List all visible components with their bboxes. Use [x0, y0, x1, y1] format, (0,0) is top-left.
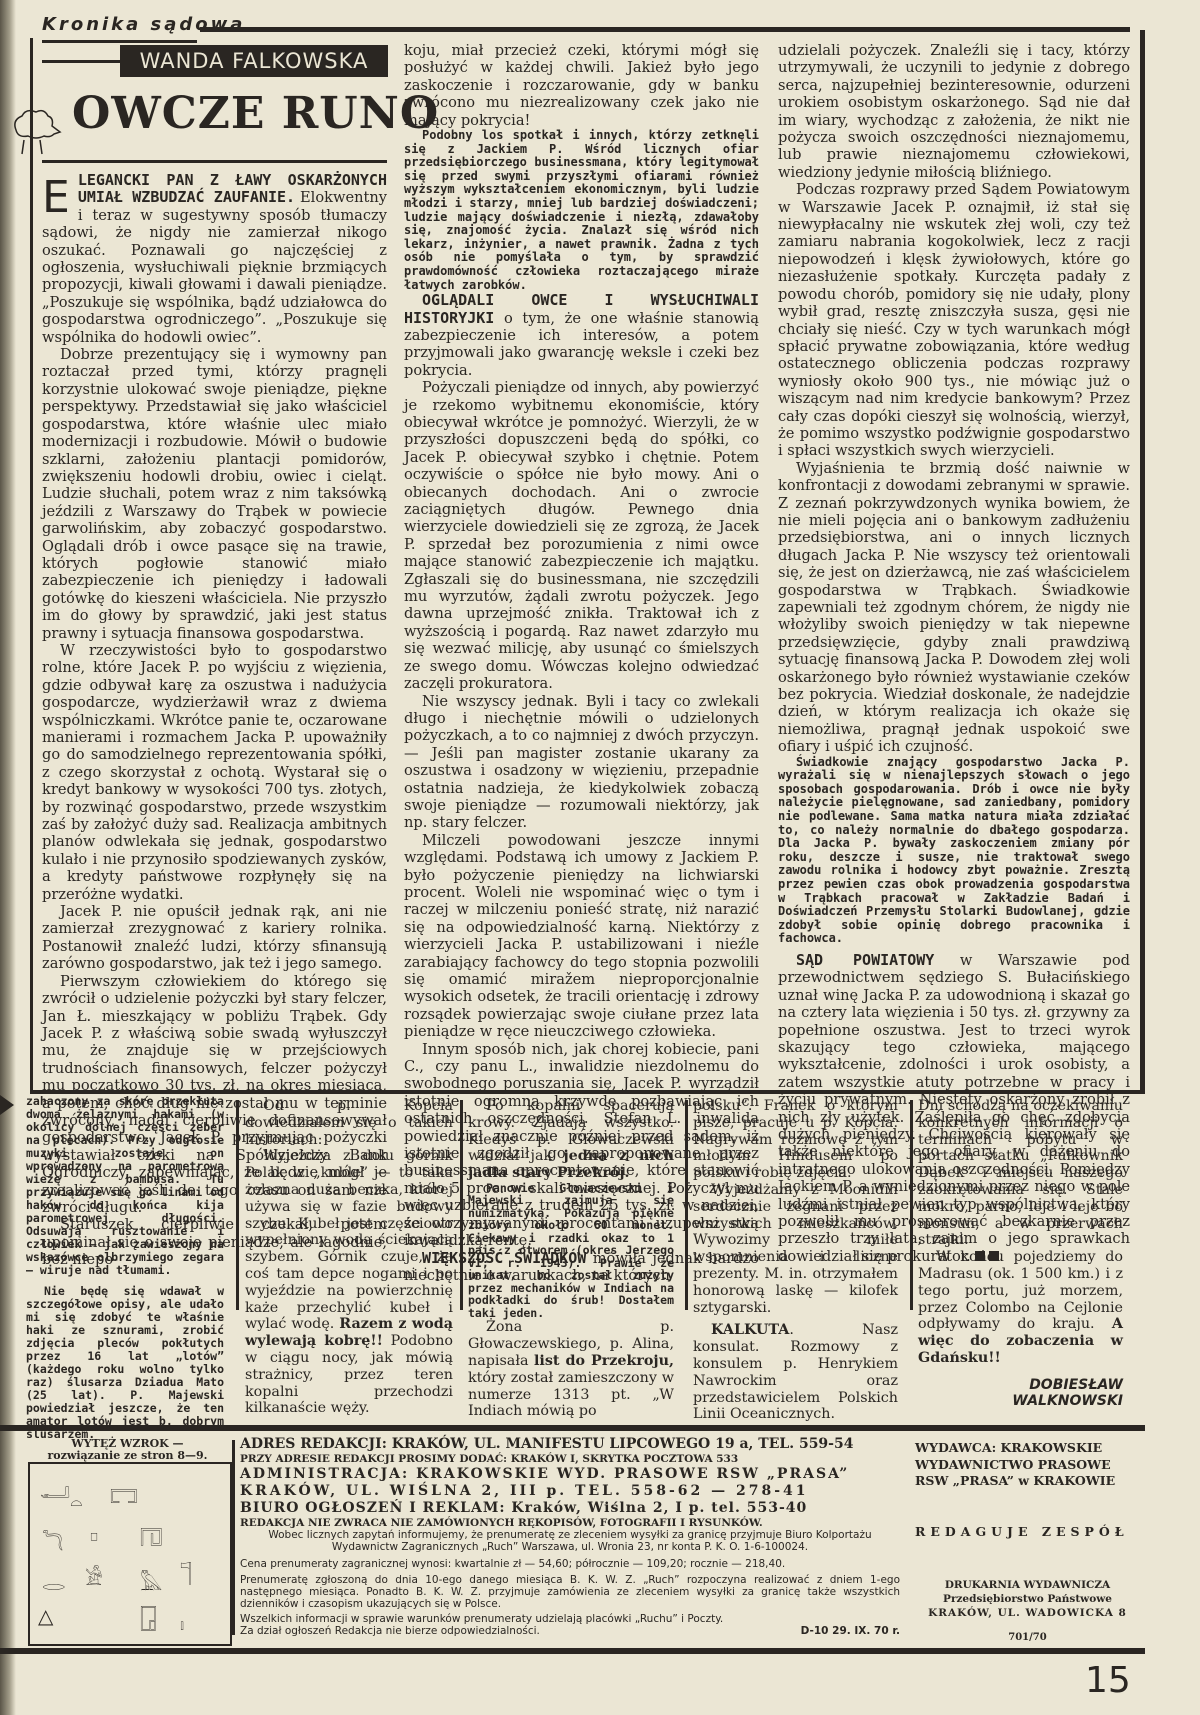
run-in-heading: SĄD POWIATOWY [796, 951, 934, 969]
administration-address: KRAKÓW, UL. WIŚLNA 2, III p. TEL. 558-62… [240, 1483, 900, 1500]
hieroglyph-icon: 𓅓 [140, 1564, 162, 1597]
travel-column-4: polsku”. Franek o którym pisze, pracuje … [693, 1098, 898, 1423]
column-divider [460, 1100, 463, 1310]
puzzle-title: WYTĘŻ WZROK — rozwiązanie ze stron 8—9. [40, 1438, 215, 1462]
paragraph: zahaczony za skórę przekłutą dwoma żelaz… [26, 1095, 224, 1277]
hieroglyph-icon: 𓏤 [180, 1604, 184, 1637]
paragraph: KALKUTA. Nasz konsulat. Rozmowy z konsul… [693, 1322, 898, 1423]
administration: ADMINISTRACJA: KRAKOWSKIE WYD. PRASOWE R… [240, 1466, 900, 1483]
paragraph: Elokwentny i teraz w sugestywny sposób t… [42, 189, 387, 345]
paragraph: Pożyczali pieniądze od innych, aby powie… [404, 379, 759, 692]
paragraph: W rzeczywistości było to gospodarstwo ro… [42, 642, 387, 903]
title-rule [42, 160, 387, 163]
travel-byline: DOBIESŁAW WALKNOWSKI [918, 1377, 1123, 1409]
paragraph: Wyjeżdżamy z Moonidih serdecznie żegnani… [693, 1182, 898, 1316]
subscription-terms: Prenumeratę zgłoszoną do dnia 10-ego dan… [240, 1574, 900, 1610]
article-title: OWCZE RUNO [72, 88, 439, 139]
column-divider [236, 1100, 239, 1310]
editorial-address: ADRES REDAKCJI: KRAKÓW, UL. MANIFESTU LI… [240, 1436, 900, 1453]
continuation-arrow-icon [0, 1095, 14, 1115]
paragraph: Wyjeżdża z dołu górnik Polak w „kuble” —… [245, 1148, 453, 1417]
paragraph: Jacek P. nie opuścił jednak rąk, ani nie… [42, 903, 387, 973]
hieroglyph-icon: 𓂝 [40, 1472, 70, 1505]
imprint-bottom-rule [0, 1648, 1145, 1654]
article-column-3: udzielali pożyczek. Znaleźli się i tacy,… [778, 42, 1130, 1265]
paragraph: Nie będę się wdawał w szczegółowe opisy,… [26, 1285, 224, 1441]
emphasis: list do Przekroju, [534, 1353, 674, 1369]
paragraph-small: Podobny los spotkał i innych, którzy zet… [404, 129, 759, 292]
paragraph: Podczas rozprawy przed Sądem Powiatowym … [778, 181, 1130, 460]
info-note: Wszelkich informacji w sprawie warunków … [240, 1613, 900, 1625]
subscription-price: Cena prenumeraty zagranicznej wynosi: kw… [240, 1558, 900, 1571]
hieroglyph-icon: 𓂋 [42, 1564, 66, 1597]
paragraph: polsku”. Franek o którym pisze, pracuje … [693, 1098, 898, 1182]
travel-column-5: Dni schodzą na oczekiwaniu konkretnych i… [918, 1098, 1123, 1409]
printer: DRUKARNIA WYDAWNICZA Przedsiębiorstwo Pa… [910, 1578, 1145, 1620]
frame-left [30, 38, 33, 1093]
printer-line: DRUKARNIA WYDAWNICZA [910, 1578, 1145, 1592]
column-divider [685, 1100, 688, 1310]
paragraph: koju, miał przecież czeki, którymi mógł … [404, 42, 759, 129]
postal-note: PRZY ADRESIE REDAKCJI PROSIMY DODAĆ: KRA… [240, 1453, 900, 1466]
printer-code: 701/70 [910, 1632, 1145, 1643]
hieroglyph-icon: 𓀀 [85, 1559, 103, 1592]
paragraph: Od p. Kopcia dowiedziałem się o takich h… [245, 1098, 453, 1148]
paragraph: Żona p. Głowaczewskiego, p. Alina, napis… [468, 1319, 674, 1420]
page-number: 15 [1085, 1660, 1131, 1701]
author-name: WANDA FALKOWSKA [120, 45, 388, 77]
byline-last: WALKNOWSKI [918, 1393, 1123, 1409]
paragraph-small: Świadkowie znający gospodarstwo Jacka P.… [778, 756, 1130, 946]
column-divider [910, 1100, 913, 1310]
ads-disclaimer: Za dział ogłoszeń Redakcja nie bierze od… [240, 1625, 540, 1637]
paragraph: W końcu pojedziemy do Madrasu (ok. 1 500… [918, 1249, 1123, 1367]
subscription-note: Wobec licznych zapytań informujemy, że p… [240, 1529, 900, 1553]
imprint-block: ADRES REDAKCJI: KRAKÓW, UL. MANIFESTU LI… [240, 1436, 900, 1637]
hieroglyph-icon: 𓊪 [90, 1514, 98, 1547]
printer-line: KRAKÓW, UL. WADOWICKA 8 [910, 1606, 1145, 1620]
imprint-left-rule [232, 1440, 235, 1635]
publisher: WYDAWCA: KRAKOWSKIE WYDAWNICTWO PRASOWE … [915, 1440, 1140, 1490]
ads-disclaimer-row: Za dział ogłoszeń Redakcja nie bierze od… [240, 1625, 900, 1637]
editorial-team: REDAGUJE ZESPÓŁ [915, 1524, 1140, 1539]
paragraph: Dni schodzą na oczekiwaniu konkretnych i… [918, 1098, 1123, 1249]
paragraph: udzielali pożyczek. Znaleźli się i tacy,… [778, 42, 1130, 181]
header-underline [42, 40, 197, 43]
byline-first: DOBIESŁAW [918, 1377, 1123, 1393]
paragraph: Nie wszyscy jednak. Byli i tacy co zwlek… [404, 693, 759, 832]
travel-column-3: Po kopalni spacerują krowy. Zjadają wszy… [468, 1098, 674, 1420]
sheep-icon [8, 100, 68, 160]
travel-column-2: Od p. Kopcia dowiedziałem się o takich h… [245, 1098, 453, 1417]
ad-office: BIURO OGŁOSZEŃ I REKLAM: Kraków, Wiślna … [240, 1500, 900, 1517]
hieroglyph-icon: 𓉗 [140, 1599, 157, 1632]
publisher-line: RSW „PRASA” w KRAKOWIE [915, 1473, 1140, 1490]
publisher-line: WYDAWNICTWO PRASOWE [915, 1457, 1140, 1474]
hieroglyph-icon: 𓊹 [180, 1554, 192, 1587]
header-rule [200, 27, 1130, 32]
paragraph: Milczeli powodowani jeszcze innymi wzglę… [404, 832, 759, 1041]
hieroglyph-icon: 𓏏 [70, 1484, 83, 1517]
frame-right [1140, 30, 1145, 1093]
paragraph: OGLĄDALI OWCE I WYSŁUCHIWALI HISTORYJKI … [404, 292, 759, 379]
hieroglyph-icon: 𓉐 [110, 1479, 138, 1512]
paragraph: Po kopalni spacerują krowy. Zjadają wszy… [468, 1098, 674, 1182]
text: Wyjeżdża z dołu górnik Polak w „kuble” —… [245, 1148, 453, 1332]
imprint-top-rule [0, 1425, 1145, 1431]
hieroglyph-icon: 𓆓 [42, 1524, 63, 1557]
page-spine [0, 0, 16, 1715]
travel-column-1: zahaczony za skórę przekłutą dwoma żelaz… [26, 1095, 224, 1441]
text: W końcu pojedziemy do Madrasu (ok. 1 500… [918, 1249, 1123, 1332]
paragraph: Dobrze prezentujący się i wymowny pan ro… [42, 346, 387, 642]
emphasis: KALKUTA [711, 1322, 789, 1338]
hieroglyph-icon: 𓉔 [140, 1519, 162, 1552]
printer-line: Przedsiębiorstwo Państwowe [910, 1592, 1145, 1606]
manuscripts-note: REDAKCJA NIE ZWRACA NIE ZAMÓWIONYCH RĘKO… [240, 1517, 900, 1529]
paragraph-small: Panowie Głowaczewski i Majewski zajmują … [468, 1182, 674, 1320]
puzzle-hieroglyphs: 𓂝 𓏏 𓉐 𓆓 𓊪 𓉔 𓂋 𓀀 𓅓 𓊹 △ 𓉗 𓏤 [28, 1462, 232, 1646]
text: który został zamieszczony w numerze 1313… [468, 1370, 674, 1420]
print-code: D-10 29. IX. 70 r. [801, 1625, 900, 1637]
publisher-line: WYDAWCA: KRAKOWSKIE [915, 1440, 1140, 1457]
paragraph: Wyjaśnienia te brzmią dość naiwnie w kon… [778, 460, 1130, 756]
author-rule [42, 60, 122, 63]
hieroglyph-icon: △ [38, 1604, 53, 1628]
drop-cap: E [42, 178, 70, 218]
